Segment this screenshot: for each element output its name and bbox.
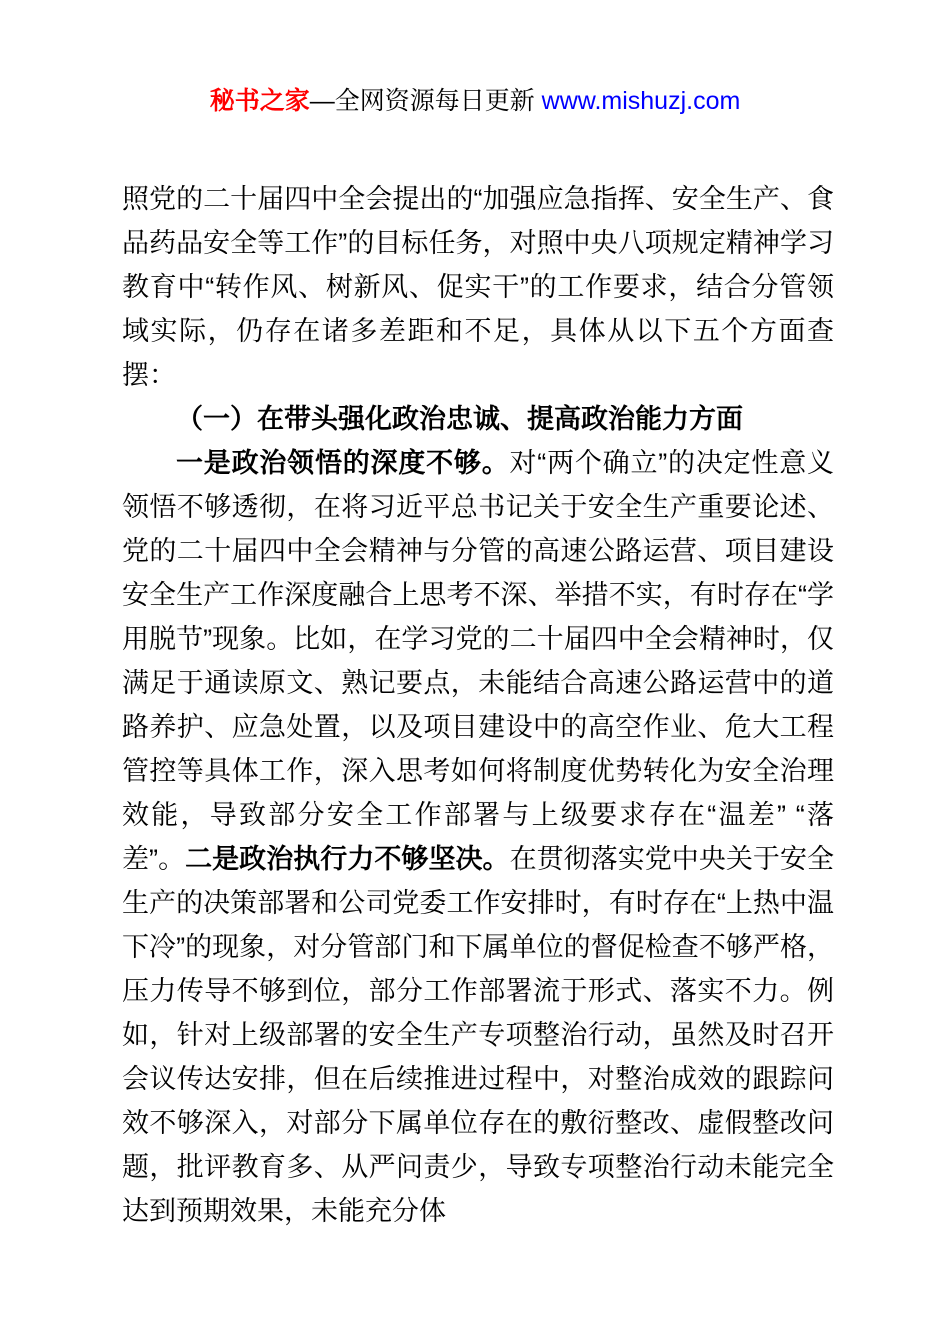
section-one-heading: （一）在带头强化政治忠诚、提高政治能力方面	[122, 397, 834, 441]
site-tagline: —全网资源每日更新	[310, 87, 542, 115]
point-two-text: 在贯彻落实党中央关于安全生产的决策部署和公司党委工作安排时，有时存在“上热中温下…	[122, 844, 834, 1226]
document-body: 照党的二十届四中全会提出的“加强应急指挥、安全生产、食品药品安全等工作”的目标任…	[122, 177, 834, 1233]
site-brand: 秘书之家	[210, 87, 310, 115]
site-url-link[interactable]: www.mishuzj.com	[542, 87, 741, 115]
point-one-lead: 一是政治领悟的深度不够。	[176, 448, 510, 478]
document-page: 秘书之家—全网资源每日更新 www.mishuzj.com 照党的二十届四中全会…	[0, 0, 950, 1344]
site-header: 秘书之家—全网资源每日更新 www.mishuzj.com	[0, 0, 950, 118]
paragraph-continuation: 照党的二十届四中全会提出的“加强应急指挥、安全生产、食品药品安全等工作”的目标任…	[122, 177, 834, 397]
point-two-lead: 二是政治执行力不够坚决。	[185, 844, 509, 874]
section-one-paragraph: 一是政治领悟的深度不够。对“两个确立”的决定性意义领悟不够透彻，在将习近平总书记…	[122, 441, 834, 1233]
point-one-text: 对“两个确立”的决定性意义领悟不够透彻，在将习近平总书记关于安全生产重要论述、党…	[122, 448, 834, 874]
